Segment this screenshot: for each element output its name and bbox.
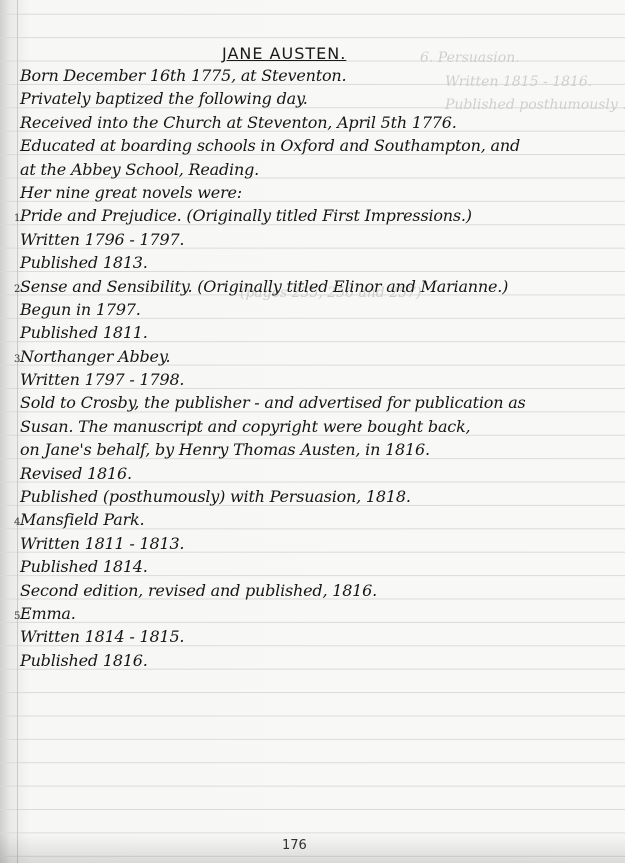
- handwritten-body: Born December 16th 1775, at Steventon.Pr…: [20, 64, 620, 672]
- text-line: Written 1811 - 1813.: [20, 532, 620, 555]
- line-text: Published 1816.: [20, 651, 148, 670]
- line-text: Born December 16th 1775, at Steventon.: [20, 66, 346, 85]
- line-text: Susan. The manuscript and copyright were…: [20, 417, 470, 436]
- text-line: Second edition, revised and published, 1…: [20, 579, 620, 602]
- line-text: Emma.: [20, 604, 76, 623]
- line-text: Second edition, revised and published, 1…: [20, 581, 377, 600]
- line-text: Published 1813.: [20, 253, 148, 272]
- line-text: Pride and Prejudice. (Originally titled …: [20, 206, 472, 225]
- line-text: Begun in 1797.: [20, 300, 141, 319]
- text-line: Published 1811.: [20, 321, 620, 344]
- text-line: 1.Pride and Prejudice. (Originally title…: [20, 204, 620, 227]
- line-text: Written 1796 - 1797.: [20, 230, 184, 249]
- line-text: Published 1814.: [20, 557, 148, 576]
- text-line: Written 1814 - 1815.: [20, 625, 620, 648]
- line-text: Sense and Sensibility. (Originally title…: [20, 277, 508, 296]
- text-line: 5.Emma.: [20, 602, 620, 625]
- line-text: Her nine great novels were:: [20, 183, 242, 202]
- line-text: Educated at boarding schools in Oxford a…: [20, 136, 520, 155]
- text-line: on Jane's behalf, by Henry Thomas Austen…: [20, 438, 620, 461]
- text-line: at the Abbey School, Reading.: [20, 158, 620, 181]
- line-text: Written 1814 - 1815.: [20, 627, 184, 646]
- page-shadow: [0, 833, 625, 863]
- text-line: Published (posthumously) with Persuasion…: [20, 485, 620, 508]
- text-line: Privately baptized the following day.: [20, 87, 620, 110]
- line-text: Written 1811 - 1813.: [20, 534, 184, 553]
- line-text: Mansfield Park.: [20, 510, 144, 529]
- page-title: JANE AUSTEN.: [222, 44, 346, 63]
- notebook-page: 6. Persuasion. Written 1815 - 1816. Publ…: [0, 0, 625, 863]
- line-text: Received into the Church at Steventon, A…: [20, 113, 457, 132]
- line-text: Sold to Crosby, the publisher - and adve…: [20, 393, 526, 412]
- text-line: Born December 16th 1775, at Steventon.: [20, 64, 620, 87]
- line-text: on Jane's behalf, by Henry Thomas Austen…: [20, 440, 430, 459]
- margin-line: [17, 0, 18, 863]
- text-line: Published 1813.: [20, 251, 620, 274]
- line-text: at the Abbey School, Reading.: [20, 160, 259, 179]
- text-line: Begun in 1797.: [20, 298, 620, 321]
- text-line: 2.Sense and Sensibility. (Originally tit…: [20, 275, 620, 298]
- line-text: Published 1811.: [20, 323, 148, 342]
- text-line: Susan. The manuscript and copyright were…: [20, 415, 620, 438]
- line-text: Northanger Abbey.: [20, 347, 170, 366]
- text-line: 3.Northanger Abbey.: [20, 345, 620, 368]
- line-text: Written 1797 - 1798.: [20, 370, 184, 389]
- text-line: Received into the Church at Steventon, A…: [20, 111, 620, 134]
- text-line: Educated at boarding schools in Oxford a…: [20, 134, 620, 157]
- text-line: Published 1814.: [20, 555, 620, 578]
- line-text: Privately baptized the following day.: [20, 89, 308, 108]
- text-line: Published 1816.: [20, 649, 620, 672]
- line-text: Published (posthumously) with Persuasion…: [20, 487, 411, 506]
- text-line: Revised 1816.: [20, 462, 620, 485]
- text-line: Her nine great novels were:: [20, 181, 620, 204]
- text-line: Sold to Crosby, the publisher - and adve…: [20, 391, 620, 414]
- text-line: Written 1797 - 1798.: [20, 368, 620, 391]
- text-line: 4.Mansfield Park.: [20, 508, 620, 531]
- line-text: Revised 1816.: [20, 464, 132, 483]
- text-line: Written 1796 - 1797.: [20, 228, 620, 251]
